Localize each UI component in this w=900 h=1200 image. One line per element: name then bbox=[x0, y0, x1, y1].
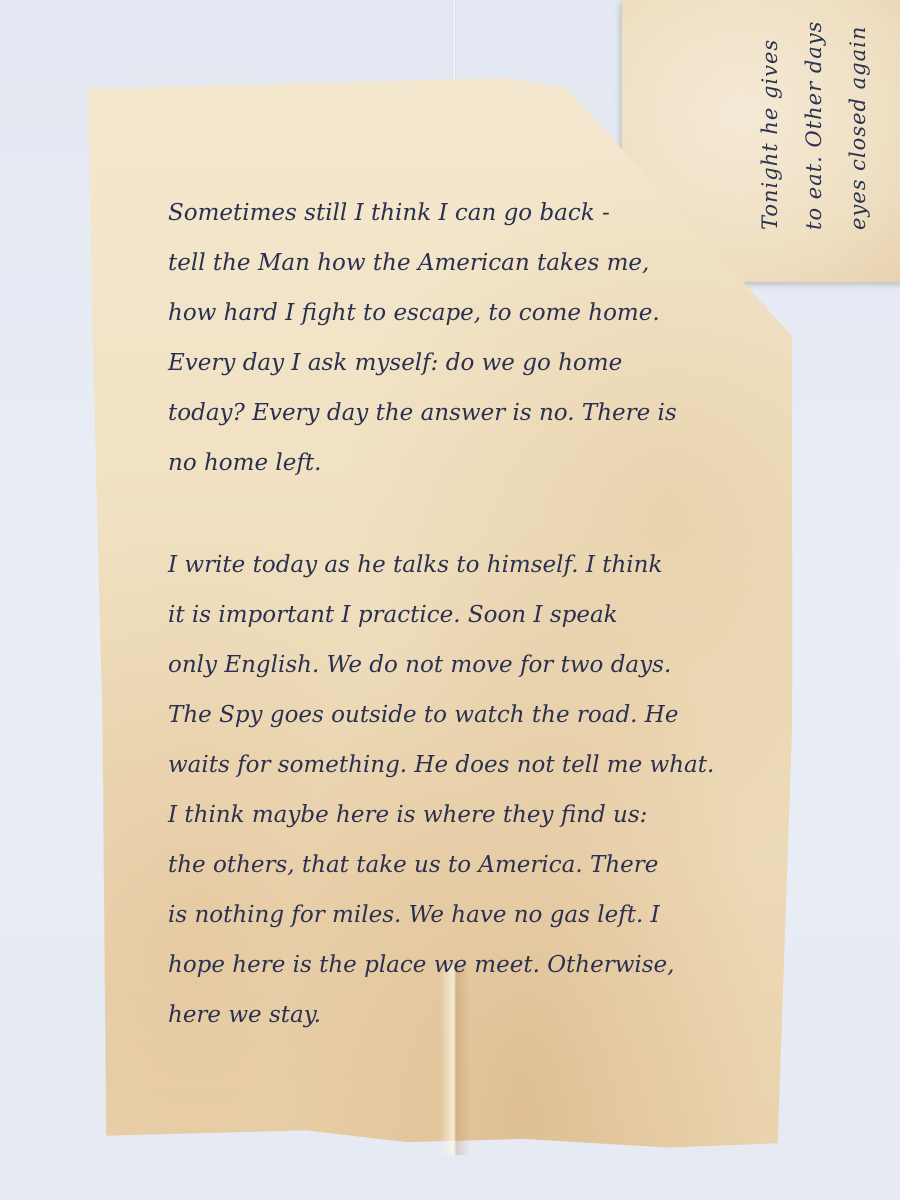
letter-line: here we stay. bbox=[168, 990, 768, 1040]
letter-line: today? Every day the answer is no. There… bbox=[168, 388, 768, 438]
hanging-string bbox=[452, 0, 456, 80]
letter-line: is nothing for miles. We have no gas lef… bbox=[168, 890, 768, 940]
letter-paragraph-2: I write today as he talks to himself. I … bbox=[168, 540, 768, 1040]
letter-line: Every day I ask myself: do we go home bbox=[168, 338, 768, 388]
letter-line: how hard I fight to escape, to come home… bbox=[168, 288, 768, 338]
letter-line: it is important I practice. Soon I speak bbox=[168, 590, 768, 640]
background-letter-line: to eat. Other days bbox=[796, 0, 832, 230]
main-letter-text: Sometimes still I think I can go back - … bbox=[168, 188, 768, 1040]
letter-line: tell the Man how the American takes me, bbox=[168, 238, 768, 288]
letter-line: the others, that take us to America. The… bbox=[168, 840, 768, 890]
letter-line: I think maybe here is where they find us… bbox=[168, 790, 768, 840]
letter-line: The Spy goes outside to watch the road. … bbox=[168, 690, 768, 740]
letter-line: hope here is the place we meet. Otherwis… bbox=[168, 940, 768, 990]
letter-line: waits for something. He does not tell me… bbox=[168, 740, 768, 790]
letter-line: no home left. bbox=[168, 438, 768, 488]
letter-paragraph-1: Sometimes still I think I can go back - … bbox=[168, 188, 768, 488]
letter-line: Sometimes still I think I can go back - bbox=[168, 188, 768, 238]
background-letter-text: Tonight he gives to eat. Other days eyes… bbox=[752, 0, 876, 240]
letter-line: only English. We do not move for two day… bbox=[168, 640, 768, 690]
background-letter-line: eyes closed again bbox=[840, 0, 876, 230]
letter-line: I write today as he talks to himself. I … bbox=[168, 540, 768, 590]
